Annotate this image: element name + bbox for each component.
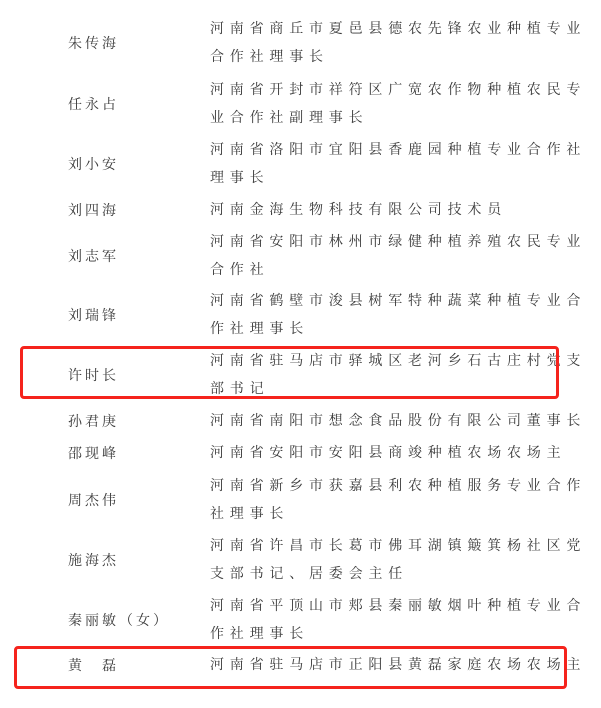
person-name: 周杰伟 [68,492,119,510]
person-description: 河南省鹤壁市浚县树军特种蔬菜种植专业合 作社理事长 [210,288,540,343]
person-name: 朱传海 [68,35,119,53]
description-line: 合作社 [210,257,540,285]
person-name: 刘志军 [68,248,119,266]
description-line: 河南省商丘市夏邑县德农先锋农业种植专业 [210,16,540,44]
person-name: 孙君庚 [68,413,119,431]
description-line: 支部书记、居委会主任 [210,561,540,589]
person-name: 许时长 [68,367,119,385]
person-name: 刘四海 [68,202,119,220]
person-description: 河南省平顶山市郏县秦丽敏烟叶种植专业合 作社理事长 [210,593,540,648]
person-description: 河南省洛阳市宜阳县香鹿园种植专业合作社 理事长 [210,137,540,192]
person-name: 黄 磊 [68,657,119,675]
person-description: 河南省开封市祥符区广宽农作物种植农民专 业合作社副理事长 [210,77,540,132]
description-line: 作社理事长 [210,621,540,649]
description-line: 河南金海生物科技有限公司技术员 [210,197,540,225]
description-line: 河南省许昌市长葛市佛耳湖镇簸箕杨社区党 [210,533,540,561]
description-line: 部书记 [210,376,540,404]
description-line: 作社理事长 [210,316,540,344]
person-description: 河南省南阳市想念食品股份有限公司董事长 [210,408,540,436]
person-name: 刘小安 [68,156,119,174]
person-description: 河南省许昌市长葛市佛耳湖镇簸箕杨社区党 支部书记、居委会主任 [210,533,540,588]
person-name: 秦丽敏（女） [68,612,170,630]
person-description: 河南金海生物科技有限公司技术员 [210,197,540,225]
person-description: 河南省新乡市获嘉县利农种植服务专业合作 社理事长 [210,473,540,528]
description-line: 河南省鹤壁市浚县树军特种蔬菜种植专业合 [210,288,540,316]
description-line: 河南省平顶山市郏县秦丽敏烟叶种植专业合 [210,593,540,621]
description-line: 河南省新乡市获嘉县利农种植服务专业合作 [210,473,540,501]
name-list: 朱传海 河南省商丘市夏邑县德农先锋农业种植专业 合作社理事长 任永占 河南省开封… [0,0,601,708]
person-description: 河南省驻马店市驿城区老河乡石古庄村党支 部书记 [210,348,540,403]
description-line: 河南省洛阳市宜阳县香鹿园种植专业合作社 [210,137,540,165]
person-name: 刘瑞锋 [68,307,119,325]
person-description: 河南省安阳市林州市绿健种植养殖农民专业 合作社 [210,229,540,284]
description-line: 合作社理事长 [210,44,540,72]
person-name: 邵现峰 [68,445,119,463]
description-line: 业合作社副理事长 [210,105,540,133]
person-description: 河南省安阳市安阳县商竣种植农场农场主 [210,440,540,468]
person-name: 施海杰 [68,552,119,570]
description-line: 社理事长 [210,501,540,529]
person-description: 河南省商丘市夏邑县德农先锋农业种植专业 合作社理事长 [210,16,540,71]
description-line: 河南省开封市祥符区广宽农作物种植农民专 [210,77,540,105]
description-line: 河南省驻马店市驿城区老河乡石古庄村党支 [210,348,540,376]
description-line: 河南省驻马店市正阳县黄磊家庭农场农场主 [210,652,540,680]
description-line: 河南省南阳市想念食品股份有限公司董事长 [210,408,540,436]
description-line: 河南省安阳市安阳县商竣种植农场农场主 [210,440,540,468]
person-description: 河南省驻马店市正阳县黄磊家庭农场农场主 [210,652,540,680]
person-name: 任永占 [68,96,119,114]
description-line: 河南省安阳市林州市绿健种植养殖农民专业 [210,229,540,257]
description-line: 理事长 [210,165,540,193]
